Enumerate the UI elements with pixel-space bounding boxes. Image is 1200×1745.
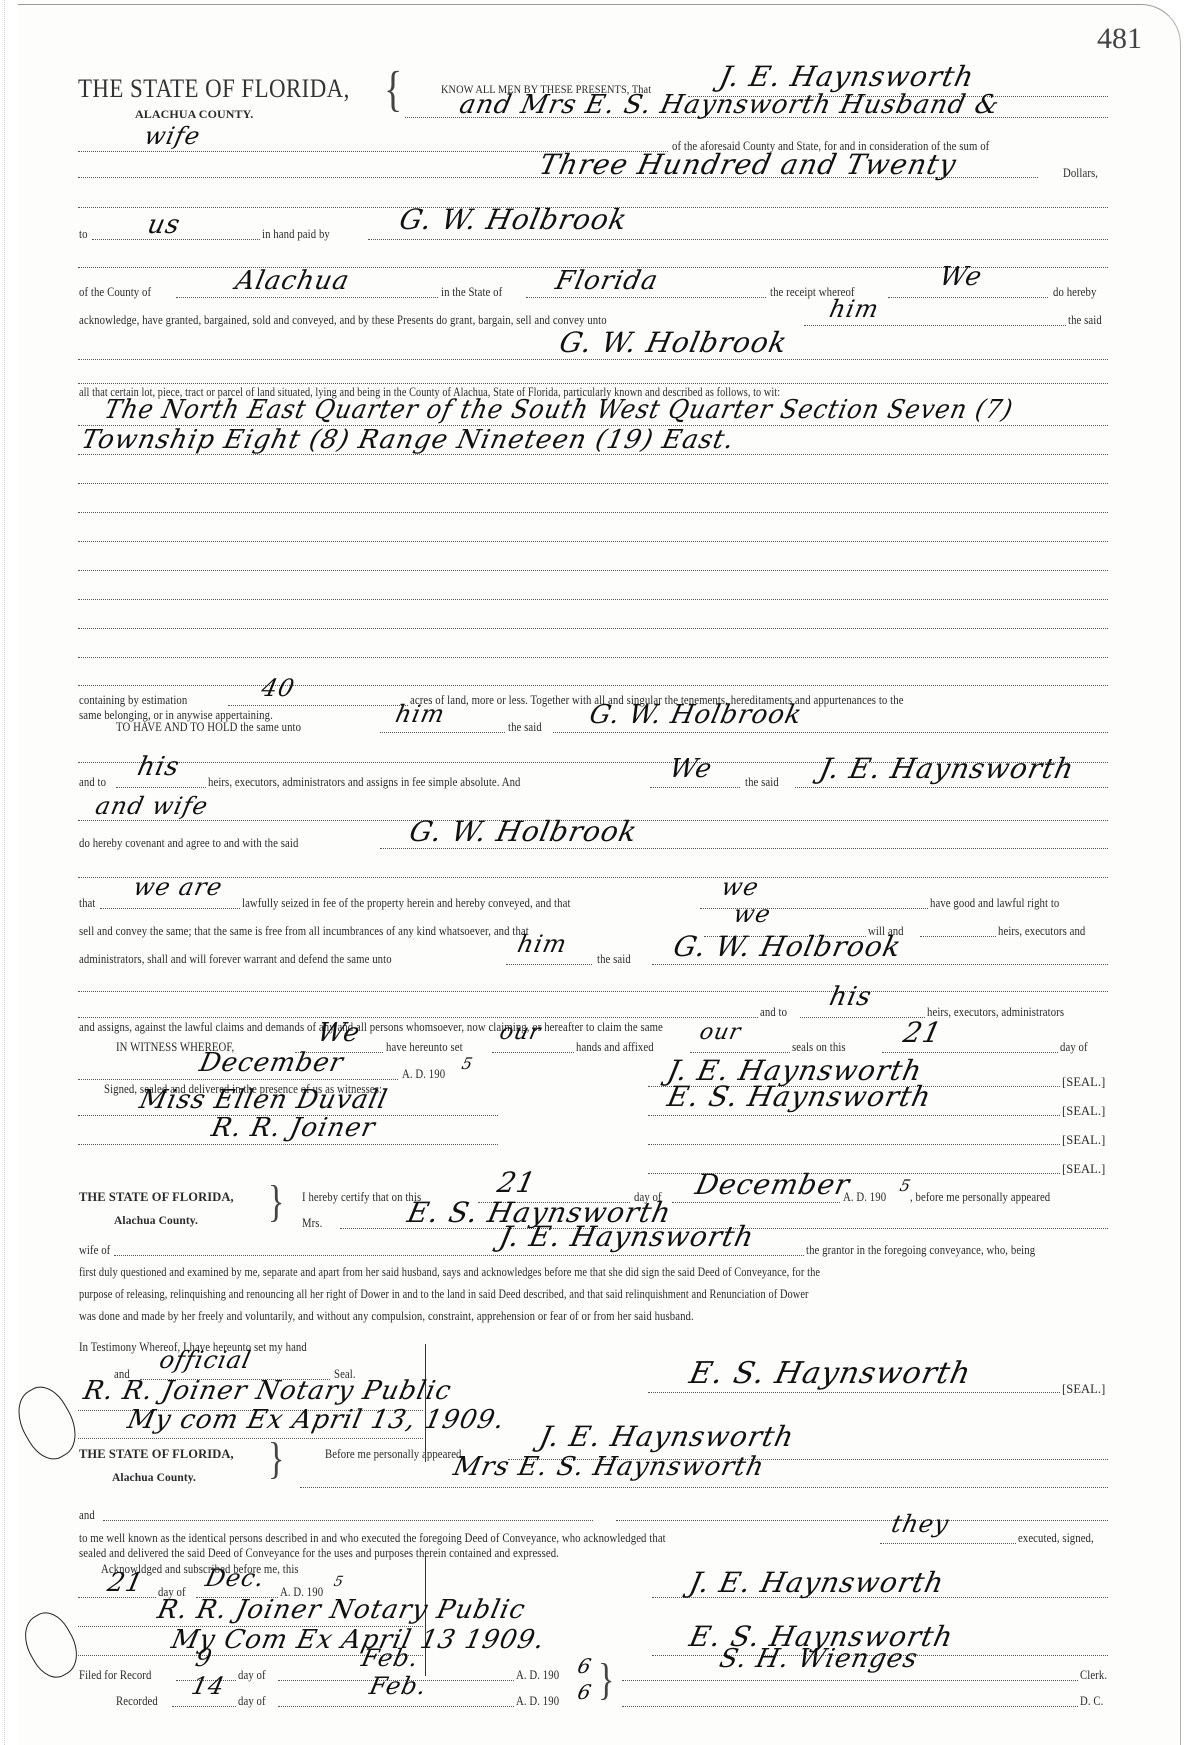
ack-day: 21 <box>105 1568 146 1598</box>
seized-text: lawfully seized in fee of the property h… <box>242 896 571 911</box>
grantee-name: G. W. Holbrook <box>556 326 790 359</box>
seals-on-this: seals on this <box>792 1040 846 1055</box>
grantors-line2: and Mrs E. S. Haynsworth Husband & <box>457 90 1003 120</box>
brace-icon: { <box>384 61 402 118</box>
before-me-text: Before me personally appeared <box>325 1447 462 1462</box>
recorded-day-of: day of <box>238 1694 266 1709</box>
that-label: that <box>79 896 95 911</box>
wife-signature: E. S. Haynsworth <box>686 1356 974 1391</box>
do-hereby-label: do hereby <box>1053 285 1096 300</box>
of-county-label: of the County of <box>79 285 151 300</box>
grantor-text: the grantor in the foregoing conveyance,… <box>806 1243 1035 1258</box>
covenantee-name: G. W. Holbrook <box>406 815 640 848</box>
dc-label: D. C. <box>1080 1694 1103 1709</box>
defend-grantee: G. W. Holbrook <box>670 930 904 963</box>
brace-icon: } <box>598 1656 614 1705</box>
assigns-text: and assigns, against the lawful claims a… <box>79 1020 663 1035</box>
dower-body-line2: purpose of releasing, relinquishing and … <box>79 1287 809 1302</box>
witness-month: December <box>197 1048 347 1078</box>
seal-label-1: [SEAL.] <box>1062 1075 1105 1090</box>
legal-description-line1: The North East Quarter of the South West… <box>102 395 1016 425</box>
defend-unto: him <box>515 930 570 958</box>
dower-ad-label: A. D. 190 <box>843 1190 886 1205</box>
known-text-2: sealed and delivered the said Deed of Co… <box>79 1546 559 1561</box>
convey-unto: him <box>827 295 882 323</box>
covenant-we: We <box>667 754 715 784</box>
left-margin-rule <box>4 0 7 1745</box>
hand-of: our <box>497 1020 543 1045</box>
day-of-label: day of <box>1060 1040 1088 1055</box>
dower-day: 21 <box>494 1166 539 1199</box>
right-text: have good and lawful right to <box>930 896 1059 911</box>
witness-day: 21 <box>900 1016 945 1049</box>
in-hand-paid-label: in hand paid by <box>262 227 330 242</box>
have-hold-said-label: the said <box>508 720 542 735</box>
administrators-text: administrators, shall and will forever w… <box>79 952 392 967</box>
seal-label-2: [SEAL.] <box>1062 1104 1105 1119</box>
seal-of: our <box>697 1020 743 1045</box>
covenant-text: do hereby covenant and agree to and with… <box>79 836 298 851</box>
ack-notary-line1: R. R. Joiner Notary Public <box>155 1595 529 1625</box>
ack-and-label: and <box>79 1508 95 1523</box>
filed-label: Filed for Record <box>79 1668 151 1683</box>
and-to-label-2: and to <box>760 1005 787 1020</box>
to-have-hold-label: TO HAVE AND TO HOLD the same unto <box>116 720 301 735</box>
dower-state-heading: THE STATE OF FLORIDA, <box>79 1190 234 1205</box>
wife-of-label: wife of <box>79 1243 110 1258</box>
county-heading: ALACHUA COUNTY. <box>135 107 253 122</box>
county-name: Alachua <box>233 266 353 296</box>
ack-person-1: J. E. Haynsworth <box>536 1420 797 1453</box>
ack-state-heading: THE STATE OF FLORIDA, <box>79 1447 234 1462</box>
legal-description-line2: Township Eight (8) Range Nineteen (19) E… <box>79 425 737 455</box>
executed-signed: executed, signed, <box>1018 1531 1094 1546</box>
defend-said-label: the said <box>597 952 631 967</box>
recorded-label: Recorded <box>116 1694 158 1709</box>
grantor-signature-2: E. S. Haynsworth <box>664 1080 934 1113</box>
ack-month: Dec. <box>203 1564 267 1592</box>
grantors-line3: wife <box>142 122 203 150</box>
ack-notary-line2: My Com Ex April 13 1909. <box>169 1625 548 1655</box>
dollars-label: Dollars, <box>1063 166 1098 181</box>
warrant-by: we <box>731 900 774 928</box>
receipt-by: We <box>937 262 985 292</box>
dower-notary-line1: R. R. Joiner Notary Public <box>81 1376 455 1406</box>
have-hereunto-set: have hereunto set <box>386 1040 463 1055</box>
witness-1: Miss Ellen Duvall <box>137 1085 391 1115</box>
right-by: we <box>719 873 762 901</box>
heirs-exec-admin-label: heirs, executors, administrators <box>927 1005 1064 1020</box>
paid-to: us <box>145 210 183 240</box>
covenantor-line2: and wife <box>93 792 211 820</box>
hand-and-affixed: hands and affixed <box>576 1040 654 1055</box>
seal-label-4: [SEAL.] <box>1062 1162 1105 1177</box>
dower-body-line1: first duly questioned and examined by me… <box>79 1265 820 1280</box>
witness-2: R. R. Joiner <box>209 1113 379 1143</box>
amount-words: Three Hundred and Twenty <box>536 148 959 181</box>
husband-name: J. E. Haynsworth <box>496 1220 757 1253</box>
state-name: Florida <box>553 266 661 296</box>
filed-day-of: day of <box>238 1668 266 1683</box>
in-state-label: in the State of <box>441 285 502 300</box>
state-heading: THE STATE OF FLORIDA, <box>78 74 350 104</box>
dower-body-line3: was done and made by her freely and volu… <box>79 1309 694 1324</box>
dower-county-heading: Alachua County. <box>114 1215 198 1227</box>
clerk-label: Clerk. <box>1080 1668 1107 1683</box>
ack-person-2: Mrs E. S. Haynsworth <box>451 1452 767 1482</box>
the-said-label: the said <box>1068 313 1102 328</box>
heirs-text: heirs, executors, administrators and ass… <box>208 775 521 790</box>
recorded-day: 14 <box>189 1672 227 1700</box>
acknowledge-text: acknowledge, have granted, bargained, so… <box>79 313 607 328</box>
dower-month: December <box>692 1168 853 1201</box>
witness-we: We <box>315 1018 363 1048</box>
known-text-1: to me well known as the identical person… <box>79 1531 666 1546</box>
mrs-label: Mrs. <box>302 1216 322 1231</box>
page-number: 481 <box>1097 22 1142 56</box>
filed-month: Feb. <box>359 1644 421 1672</box>
appeared-text: , before me personally appeared <box>910 1190 1050 1205</box>
ad-label: A. D. 190 <box>402 1067 445 1082</box>
containing-label: containing by estimation <box>79 693 187 708</box>
heirs-of: his <box>135 752 183 782</box>
executed-by: they <box>889 1510 952 1538</box>
dower-seal-label: [SEAL.] <box>1062 1382 1105 1397</box>
dower-notary-line2: My com Ex April 13, 1909. <box>125 1405 508 1435</box>
recorded-ad: A. D. 190 <box>516 1694 559 1709</box>
brace-icon: } <box>268 1435 284 1484</box>
brace-icon: } <box>268 1178 284 1227</box>
have-hold-unto: him <box>393 700 448 728</box>
have-hold-grantee: G. W. Holbrook <box>587 700 805 730</box>
seized-by: we are <box>131 873 225 901</box>
to-label: to <box>79 227 88 242</box>
certify-text: I hereby certify that on this <box>302 1190 421 1205</box>
acres-value: 40 <box>259 674 297 702</box>
covenant-said-label: the said <box>745 775 779 790</box>
seal-label-3: [SEAL.] <box>1062 1133 1105 1148</box>
covenantor-line1: J. E. Haynsworth <box>816 752 1077 785</box>
sell-text: sell and convey the same; that the same … <box>79 924 529 939</box>
payer-name: G. W. Holbrook <box>396 203 630 236</box>
ack-county-heading: Alachua County. <box>112 1472 196 1484</box>
recorded-month: Feb. <box>367 1672 429 1700</box>
clerk-signature: S. H. Wienges <box>717 1644 921 1674</box>
grantors-line1: J. E. Haynsworth <box>716 60 977 93</box>
filed-ad: A. D. 190 <box>516 1668 559 1683</box>
official-word: official <box>157 1346 254 1374</box>
ack-signature-1: J. E. Haynsworth <box>686 1566 947 1599</box>
heirs-exec-and-label: heirs, executors and <box>998 924 1085 939</box>
and-to-label: and to <box>79 775 106 790</box>
heirs-of-2: his <box>827 982 875 1012</box>
